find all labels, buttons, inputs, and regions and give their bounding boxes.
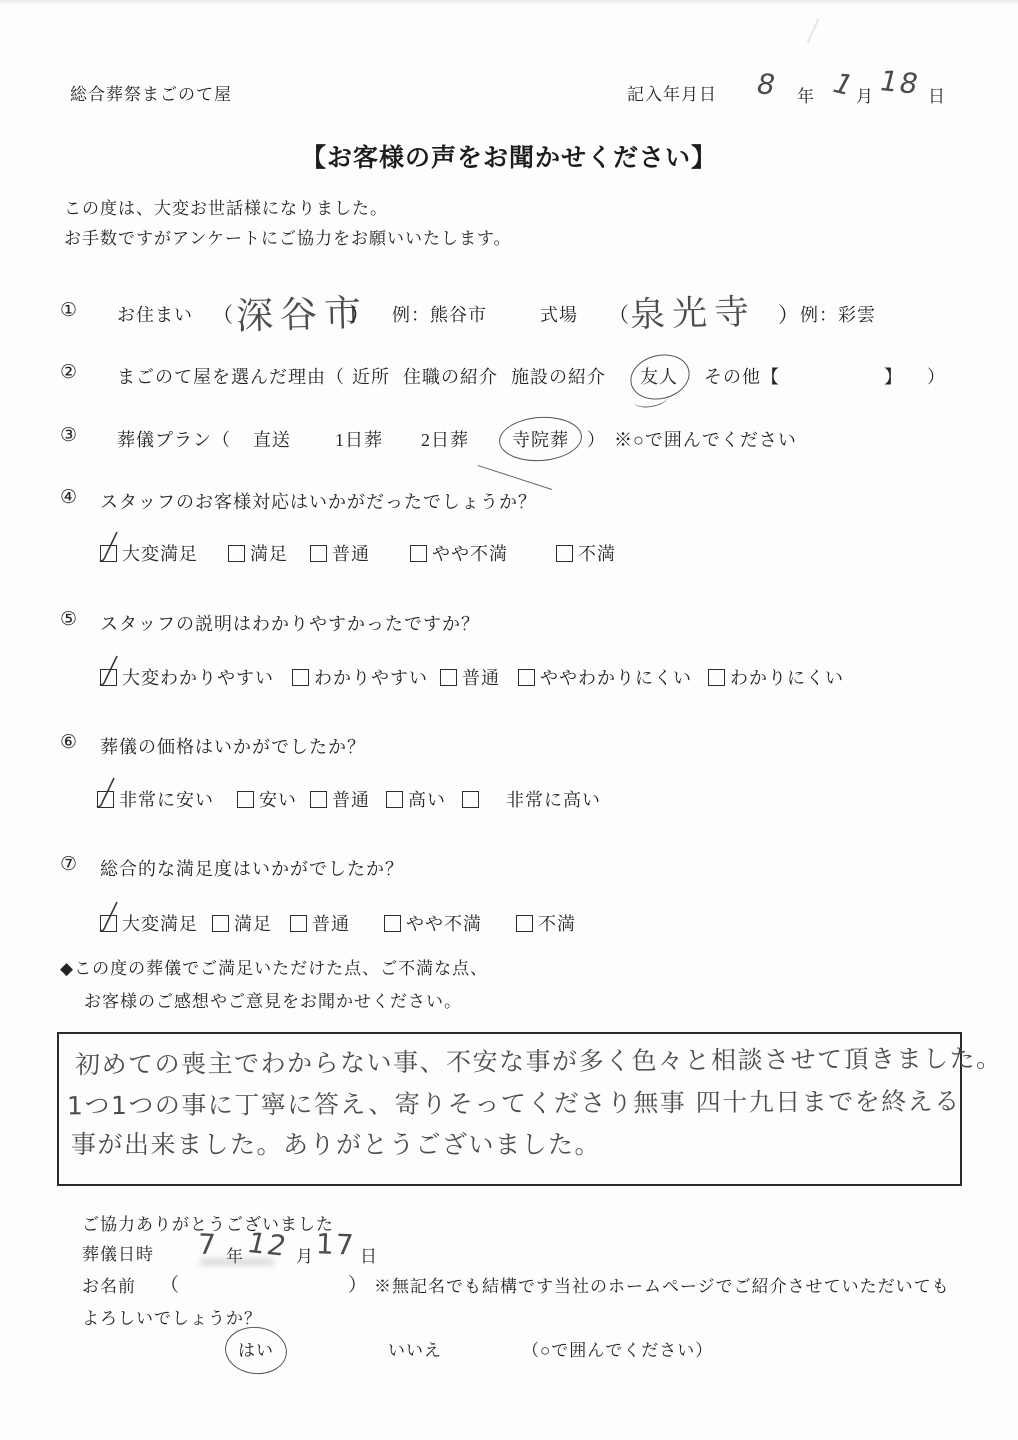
q3-number: ③ xyxy=(60,424,78,447)
checkbox-icon[interactable] xyxy=(556,545,573,562)
checkbox-checked-icon[interactable] xyxy=(100,545,117,562)
q3-option-1day[interactable]: 1日葬 xyxy=(335,426,383,452)
q2-option-neighborhood[interactable]: 近所 xyxy=(352,363,390,389)
q3-note: ※○で囲んでください xyxy=(614,426,797,452)
company-name: 総合葬祭まごのて屋 xyxy=(70,80,232,105)
q4-option-1[interactable]: 大変満足 xyxy=(100,540,198,566)
q1-number: ① xyxy=(60,299,78,322)
q4-option-3[interactable]: 普通 xyxy=(310,540,370,566)
q7-option-1[interactable]: 大変満足 xyxy=(100,910,198,936)
comment-line-2: 1つ1つの事に丁寧に答え、寄りそってくださり無事 四十九日までを終える xyxy=(67,1082,961,1123)
anonymous-note-line-1: ※無記名でも結構です当社のホームページでご紹介させていただいても xyxy=(374,1272,950,1297)
q1-residence-paren-open: （ xyxy=(212,299,234,329)
q1-residence-example: 例：熊谷市 xyxy=(392,301,487,327)
q5-number: ⑤ xyxy=(60,608,78,631)
q2-option-priest-referral[interactable]: 住職の紹介 xyxy=(403,363,498,389)
checkbox-icon[interactable] xyxy=(212,915,229,932)
q1-venue-value[interactable]: 泉光寺 xyxy=(629,284,756,337)
q2-label: まごのて屋を選んだ理由（ xyxy=(117,363,345,389)
q3-label: 葬儀プラン（ xyxy=(117,426,231,452)
q3-option-2day[interactable]: 2日葬 xyxy=(421,426,469,452)
q2-number: ② xyxy=(60,361,78,384)
q2-option-facility-referral[interactable]: 施設の紹介 xyxy=(511,363,606,389)
funeral-month-unit: 月 xyxy=(296,1242,314,1267)
q2-bracket-close: 】 xyxy=(884,363,903,389)
q7-question: 総合的な満足度はいかがでしたか？ xyxy=(100,855,404,881)
entry-day-unit: 日 xyxy=(928,82,946,107)
entry-day-value: 18 xyxy=(876,64,923,100)
circle-tail-icon xyxy=(478,464,553,490)
page-title: 【お客様の声をお聞かせください】 xyxy=(0,138,1018,174)
scan-edge xyxy=(0,0,1018,5)
checkbox-checked-icon[interactable] xyxy=(100,669,117,686)
survey-scan-page: 総合葬祭まごのて屋 記入年月日 8 年 1 月 18 日 【お客様の声をお聞かせ… xyxy=(0,0,1018,1440)
checkbox-icon[interactable] xyxy=(708,669,725,686)
scan-artifact xyxy=(807,19,819,44)
q4-option-2[interactable]: 満足 xyxy=(228,540,288,566)
checkbox-icon[interactable] xyxy=(290,915,307,932)
q5-option-3[interactable]: 普通 xyxy=(440,664,500,690)
consent-no-option[interactable]: いいえ xyxy=(388,1336,442,1361)
q5-option-1[interactable]: 大変わかりやすい xyxy=(100,664,274,690)
q2-other-label: その他【 xyxy=(704,363,780,389)
checkbox-icon[interactable] xyxy=(384,915,401,932)
circle-tail-icon xyxy=(633,390,669,410)
entry-date-label: 記入年月日 xyxy=(627,80,717,105)
q5-option-2[interactable]: わかりやすい xyxy=(292,664,428,690)
name-paren-open: （ xyxy=(160,1270,180,1297)
intro-line-1: この度は、大変お世話様になりました。 xyxy=(64,194,388,219)
q6-option-2[interactable]: 安い xyxy=(237,786,297,812)
q1-label: お住まい xyxy=(117,301,193,327)
q7-option-2[interactable]: 満足 xyxy=(212,910,272,936)
q6-number: ⑥ xyxy=(60,731,78,754)
q6-option-4[interactable]: 高い xyxy=(386,786,446,812)
q2-option-friend-label: 友人 xyxy=(640,367,678,387)
q6-question: 葬儀の価格はいかがでしたか？ xyxy=(100,733,366,759)
checkbox-icon[interactable] xyxy=(310,545,327,562)
q7-number: ⑦ xyxy=(60,853,78,876)
funeral-day-value: 17 xyxy=(315,1227,356,1261)
checkbox-icon[interactable] xyxy=(440,669,457,686)
comment-line-1: 初めての喪主でわからない事、不安な事が多く色々と相談させて頂きました。 xyxy=(75,1039,1003,1081)
q3-option-temple-label: 寺院葬 xyxy=(512,430,569,450)
comment-prompt-line-1: ◆この度の葬儀でご満足いただけた点、ご不満な点、 xyxy=(60,954,488,979)
comment-prompt-line-2: お客様のご感想やご意見をお聞かせください。 xyxy=(84,987,462,1012)
checkbox-icon[interactable] xyxy=(310,791,327,808)
checkbox-icon[interactable] xyxy=(516,915,533,932)
name-label: お名前 xyxy=(82,1272,136,1297)
q2-paren-close: ） xyxy=(927,363,946,389)
circle-instruction-note: （○で囲んでください） xyxy=(522,1336,713,1361)
entry-year-value: 8 xyxy=(753,67,781,101)
comment-line-3: 事が出来ました。ありがとうございました。 xyxy=(71,1125,601,1161)
entry-year-unit: 年 xyxy=(797,82,815,107)
q1-venue-paren-open: （ xyxy=(608,299,630,329)
q3-option-temple-circled[interactable]: 寺院葬 xyxy=(512,426,569,452)
q1-venue-example: 例：彩雲 xyxy=(800,301,876,327)
q4-option-5[interactable]: 不満 xyxy=(556,540,616,566)
consent-yes-circled[interactable]: はい xyxy=(238,1336,274,1361)
checkbox-icon[interactable] xyxy=(237,791,254,808)
q5-option-5[interactable]: わかりにくい xyxy=(708,664,844,690)
checkbox-icon[interactable] xyxy=(518,669,535,686)
consent-yes-label: はい xyxy=(238,1341,274,1360)
q5-option-4[interactable]: ややわかりにくい xyxy=(518,664,692,690)
checkbox-checked-icon[interactable] xyxy=(97,791,114,808)
q4-question: スタッフのお客様対応はいかがだったでしょうか？ xyxy=(100,488,537,514)
q6-option-5[interactable]: 非常に高い xyxy=(462,786,601,812)
intro-line-2: お手数ですがアンケートにご協力をお願いいたします。 xyxy=(64,224,512,249)
q3-paren-close: ） xyxy=(587,426,606,452)
erased-pencil-smudge xyxy=(200,1258,274,1266)
checkbox-icon[interactable] xyxy=(410,545,427,562)
entry-month-unit: 月 xyxy=(856,82,874,107)
q7-option-3[interactable]: 普通 xyxy=(290,910,350,936)
name-paren-close: ） xyxy=(348,1270,368,1297)
q1-venue-label: 式場 xyxy=(540,301,578,327)
checkbox-icon[interactable] xyxy=(292,669,309,686)
q4-option-4[interactable]: やや不満 xyxy=(410,540,508,566)
q7-option-4[interactable]: やや不満 xyxy=(384,910,482,936)
comment-box[interactable]: 初めての喪主でわからない事、不安な事が多く色々と相談させて頂きました。 1つ1つ… xyxy=(57,1032,962,1186)
checkbox-checked-icon[interactable] xyxy=(100,915,117,932)
funeral-year-value: 7 xyxy=(197,1228,218,1262)
funeral-date-label: 葬儀日時 xyxy=(82,1240,154,1265)
q6-option-1[interactable]: 非常に安い xyxy=(97,786,214,812)
funeral-day-unit: 日 xyxy=(360,1242,378,1267)
anonymous-note-line-2: よろしいでしょうか？ xyxy=(82,1304,262,1329)
q6-option-3[interactable]: 普通 xyxy=(310,786,370,812)
q4-number: ④ xyxy=(60,486,78,509)
checkbox-icon[interactable] xyxy=(386,791,403,808)
q1-residence-paren-close: ） xyxy=(349,299,371,329)
q1-venue-paren-close: ） xyxy=(778,299,800,329)
q2-option-friend-circled[interactable]: 友人 xyxy=(640,363,678,389)
checkbox-icon[interactable] xyxy=(228,545,245,562)
q7-option-5[interactable]: 不満 xyxy=(516,910,576,936)
checkbox-icon[interactable] xyxy=(462,791,479,808)
q3-option-direct[interactable]: 直送 xyxy=(253,426,291,452)
q5-question: スタッフの説明はわかりやすかったですか？ xyxy=(100,610,480,636)
